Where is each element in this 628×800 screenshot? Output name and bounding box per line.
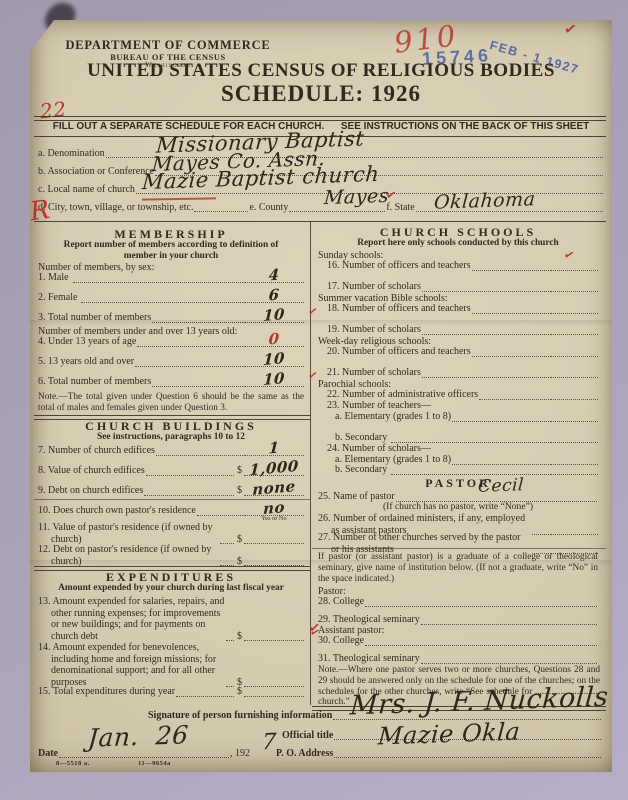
question-20-officers: 20. Number of officers and teachers	[318, 346, 598, 358]
answer-line	[550, 439, 598, 443]
church-buildings-subtitle: See instructions, paragraphs 10 to 12	[38, 432, 304, 443]
dollar-sign: $	[237, 465, 242, 477]
question-label: b. Secondary	[318, 464, 390, 476]
dotted-leader	[226, 637, 234, 641]
question-label: 5. 13 years old and over	[38, 356, 134, 368]
dotted-leader	[422, 331, 549, 335]
answer-line	[550, 353, 598, 357]
question-label: 22. Number of administrative officers	[318, 389, 478, 401]
dotted-leader	[152, 319, 243, 323]
question-7-edifices: 7. Number of church edifices 1	[38, 445, 304, 457]
handwritten-state: Oklahoma	[433, 188, 536, 214]
form-title: UNITED STATES CENSUS OF RELIGIOUS BODIES	[30, 60, 612, 82]
question-6-total-members: 6. Total number of members 10✓	[38, 376, 304, 388]
question-label: 14. Amount expended for benevolences, in…	[38, 642, 225, 688]
dotted-line	[194, 208, 248, 212]
answer-line: 4	[244, 279, 304, 283]
red-checkmark: ✓	[307, 369, 319, 383]
question-label: 20. Number of officers and teachers	[318, 346, 471, 358]
question-31-seminary: 31. Theological seminary	[318, 653, 598, 665]
expenditures-subtitle: Amount expended by your church during la…	[38, 583, 304, 594]
field-label: f. State	[386, 202, 414, 213]
photograph-background: DEPARTMENT OF COMMERCE BUREAU OF THE CEN…	[0, 0, 628, 800]
question-13-running-expenses: 13. Amount expended for salaries, repair…	[38, 596, 304, 642]
answer-line	[550, 396, 598, 400]
question-label: 29. Theological seminary	[318, 614, 420, 626]
signature-label: Signature of person furnishing informati…	[148, 710, 332, 721]
answer-line	[550, 374, 598, 378]
answer-line	[550, 288, 598, 292]
question-9-debt-edifices: 9. Debt on church edifices $ none	[38, 485, 304, 497]
handwritten-answer: 10	[263, 306, 286, 325]
form-number-right: 11—9654a	[138, 760, 171, 767]
po-address-label: P. O. Address	[276, 748, 333, 759]
official-title-label: Official title	[282, 730, 333, 741]
handwritten-answer: 10	[263, 370, 286, 389]
dotted-leader	[197, 512, 243, 516]
question-2-female: 2. Female 6	[38, 292, 304, 304]
dotted-leader	[365, 603, 597, 607]
question-16-officers: 16. Number of officers and teachers	[318, 260, 598, 272]
answer-line: 10✓	[244, 383, 304, 387]
question-label: 19. Number of scholars	[318, 324, 421, 336]
question-30-college: 30. College	[318, 635, 598, 647]
question-label: 16. Number of officers and teachers	[318, 260, 471, 272]
handwritten-answer: 1	[268, 440, 280, 458]
handwritten-year-digit: 7	[261, 730, 277, 756]
question-label: 30. College	[318, 635, 364, 647]
answer-line: none	[244, 492, 304, 496]
question-label: 15. Total expenditures during year	[38, 686, 175, 698]
question-label: 1. Male	[38, 272, 72, 284]
membership-note: Note.—The total given under Question 6 s…	[38, 392, 304, 414]
dotted-leader	[472, 310, 549, 314]
question-3-total-members: 3. Total number of members 10✓	[38, 312, 304, 324]
dollar-sign: $	[237, 686, 242, 698]
dotted-leader	[152, 383, 243, 387]
red-margin-mark: R	[28, 195, 52, 228]
dotted-leader	[452, 418, 549, 422]
answer-line: 10	[244, 363, 304, 367]
question-4-under-13: 4. Under 13 years of age 0	[38, 336, 304, 348]
handwritten-answer: 10	[263, 350, 286, 369]
question-label: 7. Number of church edifices	[38, 445, 155, 457]
question-label: 11. Value of pastor's residence (if owne…	[38, 522, 219, 545]
form-number-left: 8—5518 a.	[56, 760, 90, 767]
dotted-leader	[479, 396, 549, 400]
banner-top-rule	[34, 116, 606, 121]
year-prefix: , 192	[230, 748, 250, 759]
handwritten-date: Jan. 26	[87, 720, 190, 753]
answer-line: 6	[244, 299, 304, 303]
answer-line: noYes or No	[244, 512, 304, 516]
field-label: d. City, town, village, or township, etc…	[38, 202, 193, 213]
pastor-title: PASTOR	[318, 476, 598, 491]
question-label: 13. Amount expended for salaries, repair…	[38, 596, 225, 642]
question-14-benevolences: 14. Amount expended for benevolences, in…	[38, 642, 304, 688]
question-8-value-edifices: 8. Value of church edifices $ 1,000	[38, 465, 304, 477]
handwritten-answer: 4	[268, 267, 280, 285]
answer-line	[550, 471, 598, 475]
dotted-leader	[135, 363, 243, 367]
field-label: c. Local name of church	[38, 184, 135, 195]
question-15-total-expenditures: 15. Total expenditures during year $	[38, 686, 304, 698]
question-23-teachers: 23. Number of teachers—	[327, 400, 431, 412]
question-23a-elementary: a. Elementary (grades 1 to 8)	[318, 411, 598, 423]
dotted-leader	[81, 299, 243, 303]
pastor-none-hint: (If church has no pastor, write “None”)	[318, 501, 598, 512]
handwritten-pastor-name: Cecil	[477, 475, 524, 497]
question-29-seminary: 29. Theological seminary	[318, 614, 598, 626]
dotted-leader	[421, 621, 597, 625]
membership-subtitle: Report number of members according to de…	[48, 240, 294, 262]
question-5-over-13: 5. 13 years old and over 10	[38, 356, 304, 368]
answer-line	[550, 267, 598, 271]
identity-fields: a. Denomination b. Association or Confer…	[38, 140, 604, 222]
question-17-scholars: 17. Number of scholars	[318, 281, 598, 293]
church-schools-subtitle: Report here only schools conducted by th…	[318, 238, 598, 249]
question-11-value-residence: 11. Value of pastor's residence (if owne…	[38, 522, 304, 545]
question-label: 17. Number of scholars	[318, 281, 421, 293]
red-checkmark: ✓	[562, 19, 578, 40]
question-28-college: 28. College	[318, 596, 598, 608]
answer-line: 0	[244, 343, 304, 347]
answer-line	[550, 310, 598, 314]
field-label: e. County	[249, 202, 288, 213]
handwritten-answer: 0	[268, 331, 280, 349]
handwritten-answer: 6	[268, 287, 280, 305]
question-19-scholars: 19. Number of scholars	[318, 324, 598, 336]
question-label: 6. Total number of members	[38, 376, 151, 388]
question-24-scholars: 24. Number of scholars—	[327, 443, 431, 455]
question-label: 18. Number of officers and teachers	[318, 303, 471, 315]
question-10-own-residence: 10. Does church own pastor's residence n…	[38, 505, 304, 517]
dollar-sign: $	[237, 631, 242, 643]
date-label: Date	[38, 748, 58, 759]
field-label: b. Association or Conference	[38, 166, 154, 177]
yes-or-no-hint: Yes or No	[244, 515, 304, 522]
handwritten-answer: none	[252, 478, 296, 499]
dotted-leader	[422, 374, 549, 378]
question-label: 2. Female	[38, 292, 80, 304]
dotted-leader	[391, 471, 549, 475]
columns-top-rule	[34, 221, 606, 222]
dotted-leader	[156, 452, 243, 456]
question-label: 4. Under 13 years of age	[38, 336, 136, 348]
question-label: a. Elementary (grades 1 to 8)	[318, 411, 451, 423]
department-name: DEPARTMENT OF COMMERCE	[57, 38, 279, 53]
dotted-leader	[146, 472, 234, 476]
question-21-scholars: 21. Number of scholars	[318, 367, 598, 379]
handwritten-po-address: Mazie Okla	[377, 717, 521, 750]
question-18-officers: 18. Number of officers and teachers	[318, 303, 598, 315]
dotted-leader	[391, 439, 549, 443]
dotted-line	[59, 754, 229, 758]
question-label: 12. Debt on pastor's residence (if owned…	[38, 544, 219, 567]
light-rule	[312, 548, 606, 549]
answer-line: 1	[244, 452, 304, 456]
question-label: 31. Theological seminary	[318, 653, 420, 665]
dotted-leader	[365, 642, 597, 646]
question-label: 9. Debt on church edifices	[38, 485, 143, 497]
census-schedule-form: DEPARTMENT OF COMMERCE BUREAU OF THE CEN…	[30, 20, 612, 772]
answer-line	[550, 331, 598, 335]
question-24b-secondary: b. Secondary	[318, 464, 598, 476]
schedule-title: SCHEDULE: 1926	[30, 81, 612, 107]
question-label: 28. College	[318, 596, 364, 608]
dollar-sign: $	[237, 485, 242, 497]
red-checkmark: ✓	[307, 305, 319, 319]
dotted-leader	[421, 660, 597, 664]
red-underline-mark	[142, 197, 216, 200]
field-label: a. Denomination	[38, 148, 105, 159]
graduate-instruction: If pastor (or assistant pastor) is a gra…	[318, 552, 598, 584]
answer-line: 1,000	[244, 472, 304, 476]
answer-line: 10✓	[244, 319, 304, 323]
question-label: 21. Number of scholars	[318, 367, 421, 379]
handwritten-county: Mayes	[323, 185, 390, 209]
dotted-leader	[472, 267, 549, 271]
question-1-male: 1. Male 4	[38, 272, 304, 284]
question-12-debt-residence: 12. Debt on pastor's residence (if owned…	[38, 544, 304, 567]
question-label: 8. Value of church edifices	[38, 465, 145, 477]
dotted-leader	[472, 353, 549, 357]
dotted-leader	[176, 693, 234, 697]
dotted-leader	[144, 492, 234, 496]
question-label: 3. Total number of members	[38, 312, 151, 324]
dotted-line	[334, 754, 601, 758]
question-label: b. Secondary	[318, 432, 390, 444]
dotted-leader	[422, 288, 549, 292]
answer-line	[244, 693, 304, 697]
dotted-leader	[73, 279, 243, 283]
answer-line: ✓	[244, 637, 304, 641]
dotted-leader	[137, 343, 243, 347]
answer-line	[550, 418, 598, 422]
question-label: 10. Does church own pastor's residence	[38, 505, 196, 517]
question-23b-secondary: b. Secondary	[318, 432, 598, 444]
question-22-admin-officers: 22. Number of administrative officers	[318, 389, 598, 401]
